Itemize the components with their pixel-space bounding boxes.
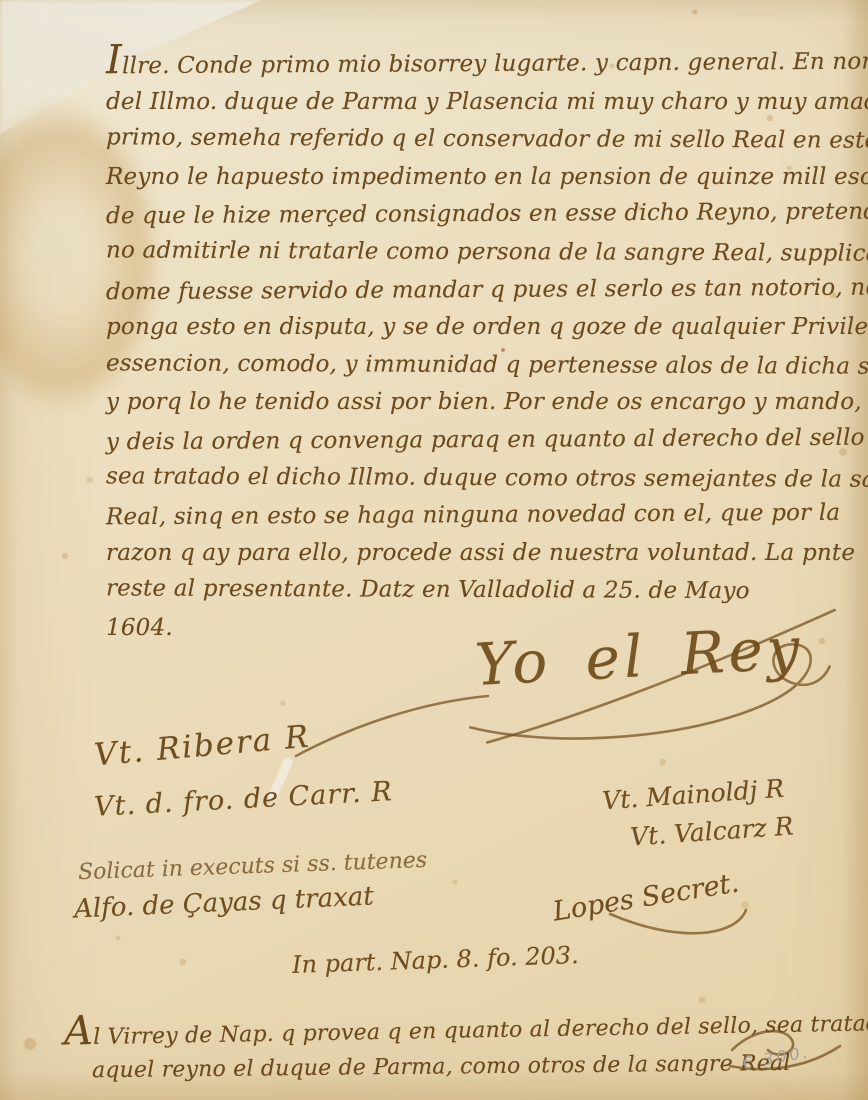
- manuscript-line: y deis la orden q convenga paraq en quan…: [106, 420, 856, 462]
- manuscript-line: essencion, comodo, y immunidad q pertene…: [106, 345, 856, 386]
- latin-note: Solicat in executs si ss. tutenes: [78, 848, 428, 885]
- manuscript-line: sea tratado el dicho Illmo. duque como o…: [106, 458, 856, 499]
- signature-mainoldi: Vt. Mainoldj R: [601, 774, 785, 816]
- manuscript-line: razon q ay para ello, procede assi de nu…: [106, 535, 856, 573]
- manuscript-line: Illre. Conde primo mio bisorrey lugarte.…: [106, 38, 856, 86]
- manuscript-line: Real, sinq en esto se haga ninguna noved…: [106, 495, 856, 537]
- signature-ribera: Vt. Ribera R: [93, 719, 312, 774]
- manuscript-line: de que le hize merçed consignados en ess…: [106, 194, 856, 236]
- manuscript-line: del Illmo. duque de Parma y Plasencia mi…: [106, 84, 856, 122]
- signature-carr: Vt. d. fro. de Carr. R: [93, 776, 393, 823]
- manuscript-line: Reyno le hapuesto impedimento en la pens…: [106, 159, 856, 197]
- signature-valcarz: Vt. Valcarz R: [629, 811, 794, 851]
- manuscript-line: y porq lo he tenido assi por bien. Por e…: [106, 384, 856, 422]
- registry-note: In part. Nap. 8. fo. 203.: [292, 941, 579, 979]
- manuscript-line: dome fuesse servido de mandar q pues el …: [106, 269, 856, 311]
- manuscript-paper: Illre. Conde primo mio bisorrey lugarte.…: [0, 0, 868, 1100]
- signature-flourish-icon: [600, 906, 750, 956]
- letter-body: Illre. Conde primo mio bisorrey lugarte.…: [106, 40, 856, 648]
- manuscript-line: ponga esto en disputa, y se de orden q g…: [106, 309, 856, 347]
- royal-signature: Yo el Rey: [446, 596, 848, 761]
- manuscript-photo: Illre. Conde primo mio bisorrey lugarte.…: [0, 0, 868, 1100]
- manuscript-line: primo, semeha referido q el conservador …: [106, 120, 856, 161]
- manuscript-line: no admitirle ni tratarle como persona de…: [106, 232, 856, 273]
- signature-flourish-icon: [292, 692, 492, 764]
- clerk-line: Alfo. de Çayas q traxat: [73, 881, 374, 924]
